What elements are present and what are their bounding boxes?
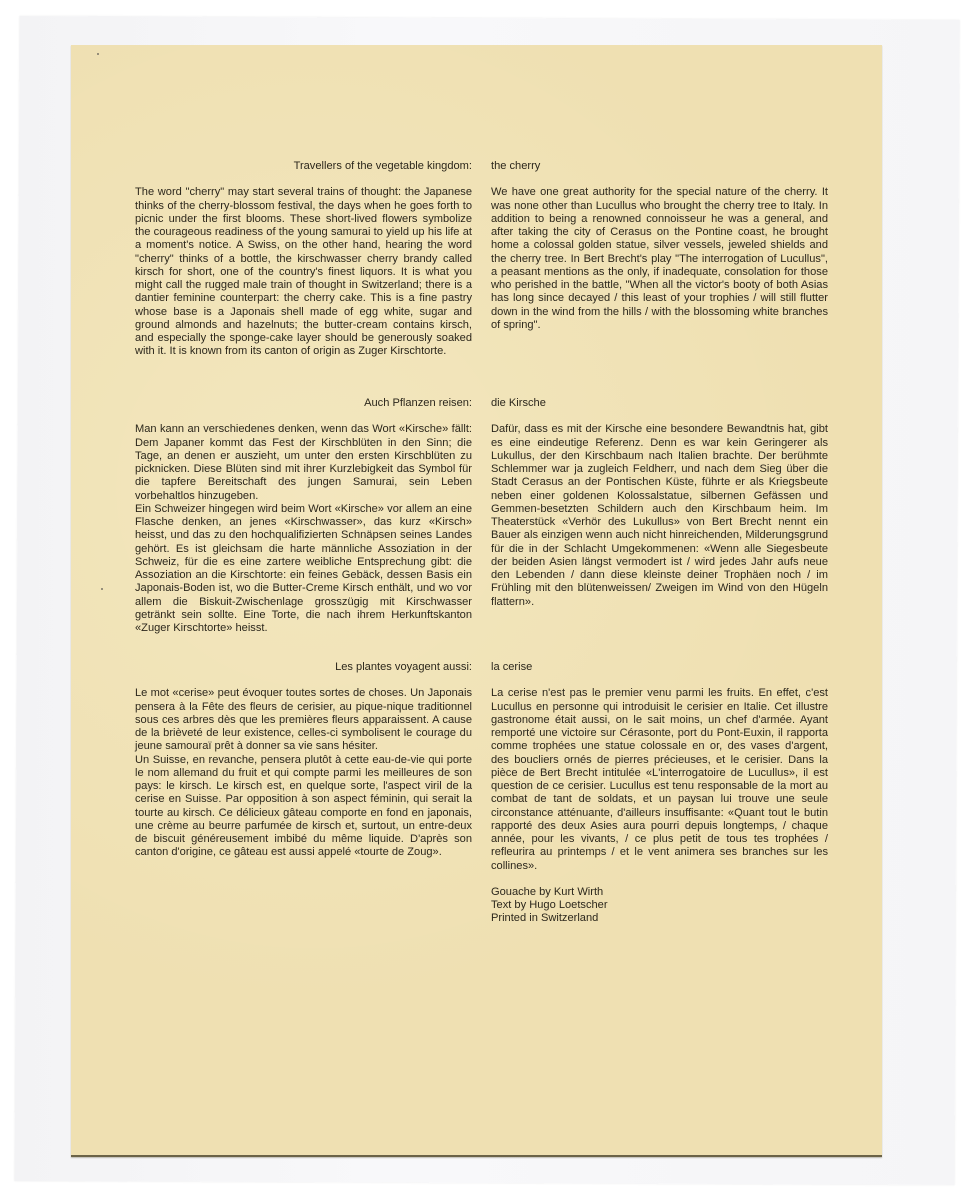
german-right-block: die Kirsche Dafür, dass es mit der Kirsc… <box>491 397 828 609</box>
english-right-block: the cherry We have one great authority f… <box>491 160 828 332</box>
english-body: The word "cherry" may start several trai… <box>135 186 472 358</box>
german-heading: Auch Pflanzen reisen: <box>135 397 472 410</box>
english-heading: Travellers of the vegetable kingdom: <box>135 160 472 173</box>
credit-printed: Printed in Switzerland <box>491 912 828 925</box>
credits: Gouache by Kurt Wirth Text by Hugo Loets… <box>491 886 828 926</box>
french-right-body: La cerise n'est pas le premier venu parm… <box>491 687 828 873</box>
paper-speck <box>97 53 99 55</box>
french-heading: Les plantes voyagent aussi: <box>135 661 472 674</box>
french-left-block: Les plantes voyagent aussi: Le mot «ceri… <box>135 661 472 860</box>
english-right-paragraph: We have one great authority for the spec… <box>491 186 828 332</box>
german-right-paragraph: Dafür, dass es mit der Kirsche eine beso… <box>491 423 828 609</box>
credit-artist: Gouache by Kurt Wirth <box>491 886 828 899</box>
french-right-paragraph: La cerise n'est pas le premier venu parm… <box>491 687 828 873</box>
german-right-body: Dafür, dass es mit der Kirsche eine beso… <box>491 423 828 609</box>
paper-speck <box>101 588 103 590</box>
english-left-block: Travellers of the vegetable kingdom: The… <box>135 160 472 359</box>
german-left-block: Auch Pflanzen reisen: Man kann an versch… <box>135 397 472 635</box>
english-paragraph: The word "cherry" may start several trai… <box>135 186 472 358</box>
english-subheading: the cherry <box>491 160 828 173</box>
french-right-block: la cerise La cerise n'est pas le premier… <box>491 661 828 926</box>
credit-author: Text by Hugo Loetscher <box>491 899 828 912</box>
german-paragraph: Ein Schweizer hingegen wird beim Wort «K… <box>135 503 472 636</box>
english-right-body: We have one great authority for the spec… <box>491 186 828 332</box>
german-paragraph: Man kann an verschiedenes denken, wenn d… <box>135 423 472 503</box>
french-subheading: la cerise <box>491 661 828 674</box>
french-paragraph: Le mot «cerise» peut évoquer toutes sort… <box>135 687 472 753</box>
german-body: Man kann an verschiedenes denken, wenn d… <box>135 423 472 635</box>
german-subheading: die Kirsche <box>491 397 828 410</box>
french-body: Le mot «cerise» peut évoquer toutes sort… <box>135 687 472 859</box>
french-paragraph: Un Suisse, en revanche, pensera plutôt à… <box>135 754 472 860</box>
